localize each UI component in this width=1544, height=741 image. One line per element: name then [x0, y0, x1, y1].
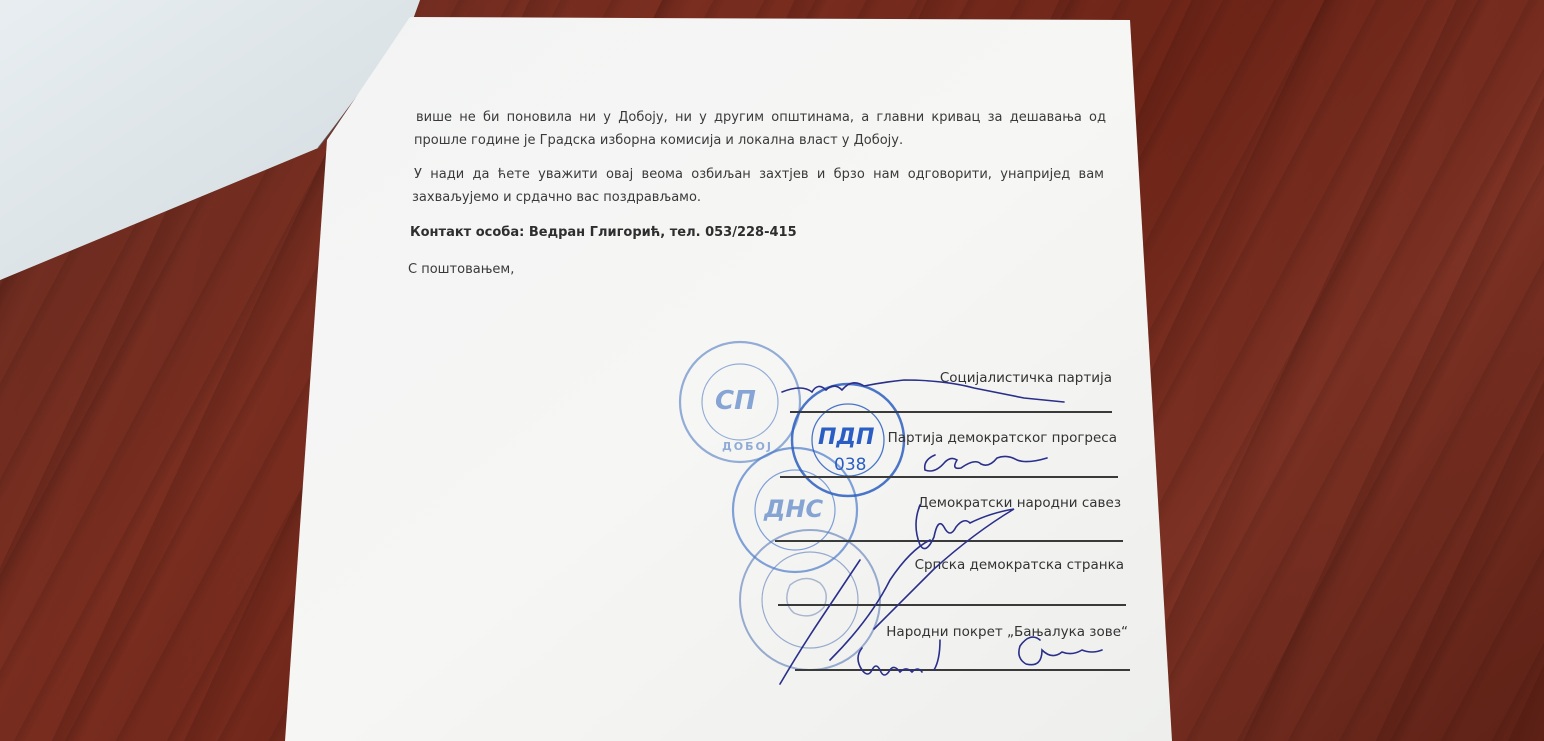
signature-line-bz: [795, 669, 1130, 671]
contact-person: Контакт особа: Ведран Глигорић, тел. 053…: [410, 225, 797, 240]
sds-stamp: [740, 530, 880, 670]
pdp-stamp-number: 038: [834, 455, 866, 475]
dns-stamp-logo: ДНС: [764, 495, 823, 523]
signature-line-pdp: [780, 476, 1118, 478]
paragraph-1-line-2: прошле године је Градска изборна комисиј…: [414, 133, 903, 148]
paragraph-2-line-2: захваљујемо и срдачно вас поздрављамо.: [412, 190, 701, 205]
sps-stamp-city: ДОБОЈ: [722, 440, 773, 453]
signature-line-dns: [775, 540, 1123, 542]
sps-stamp-logo: СП: [715, 386, 756, 416]
signatory-pdp: Партија демократског прогреса: [888, 430, 1117, 446]
signature-sds: [780, 540, 930, 684]
signatory-sps: Социјалистичка партија: [940, 370, 1112, 386]
signatory-bz: Народни покрет „Бањалука зове“: [886, 624, 1128, 640]
pdp-stamp-logo: ПДП: [818, 425, 874, 450]
paragraph-1-line-1: више не би поновила ни у Добоју, ни у др…: [416, 110, 1106, 125]
signature-line-sds: [778, 604, 1126, 606]
signatory-dns: Демократски народни савез: [918, 495, 1121, 511]
paragraph-2-line-1: У нади да ћете уважити овај веома озбиља…: [414, 167, 1104, 182]
signature-pdp: [925, 455, 1047, 471]
closing-salutation: С поштовањем,: [408, 262, 514, 277]
signatory-sds: Српска демократска странка: [915, 557, 1124, 573]
signature-line-sps: [790, 411, 1112, 413]
